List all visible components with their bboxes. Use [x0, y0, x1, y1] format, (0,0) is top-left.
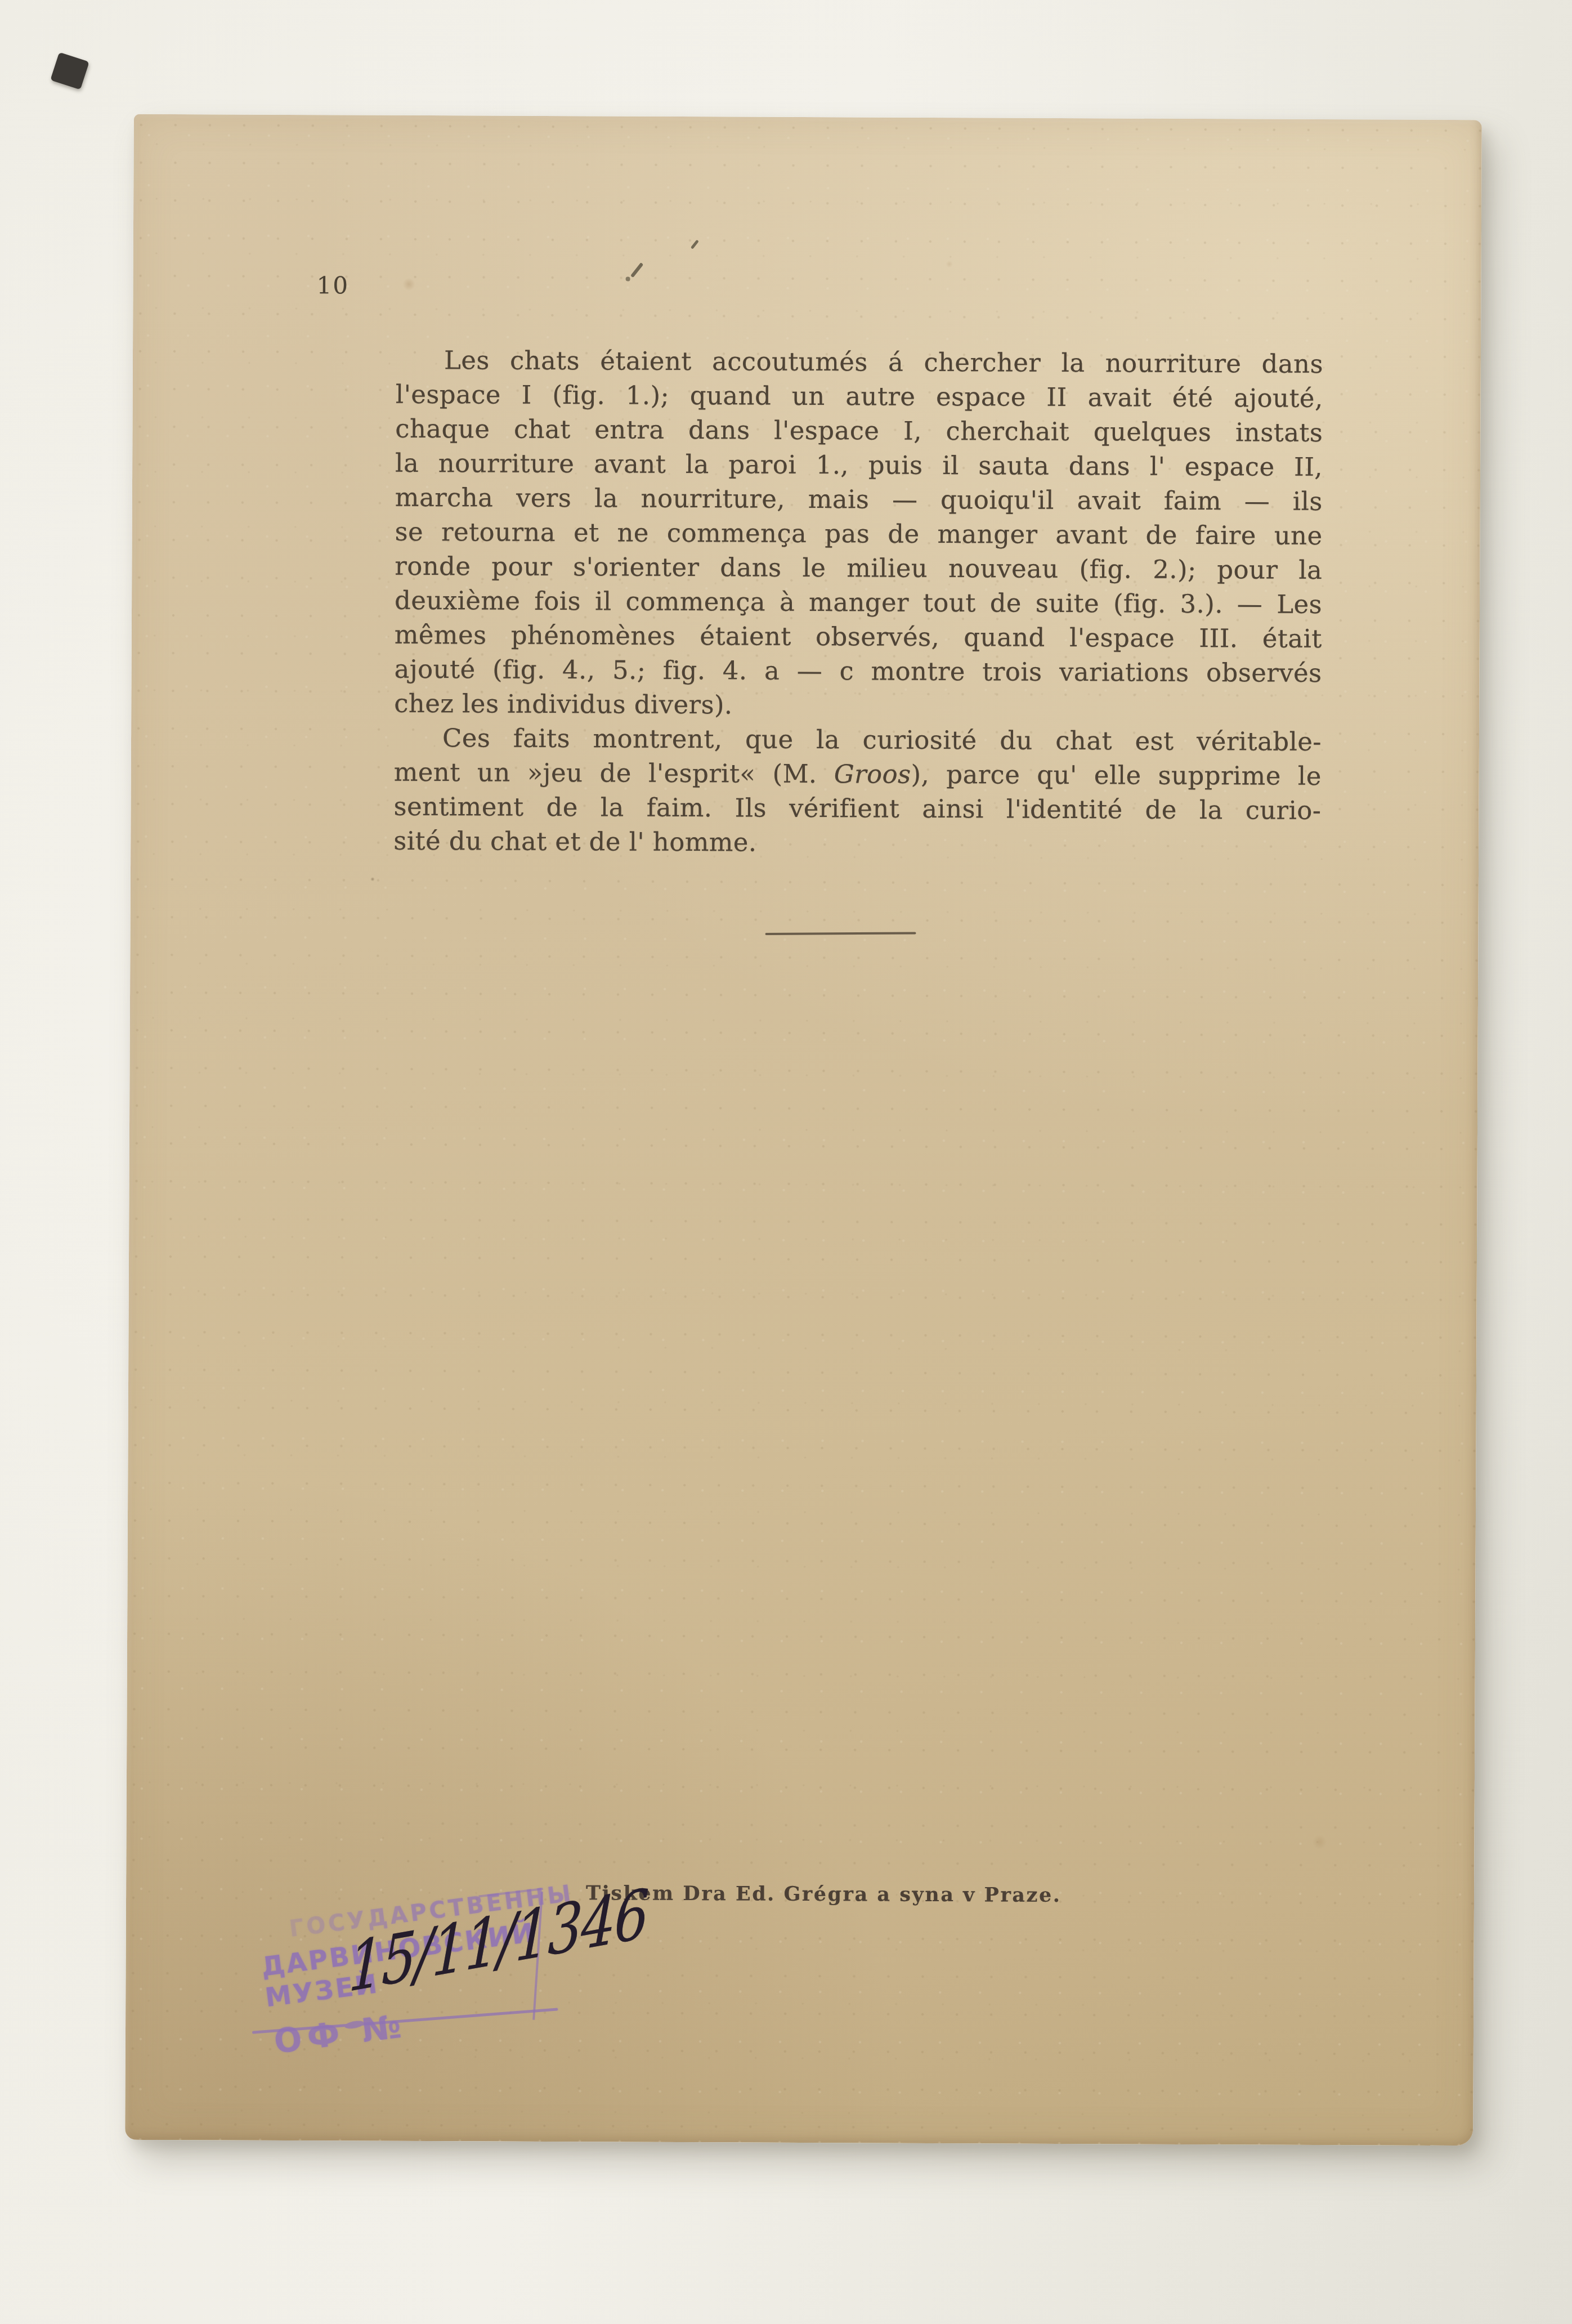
text-line: deuxième fois il commença à manger tout … [395, 583, 1322, 622]
text-line: Ces faits montrent, que la curiosité du … [394, 721, 1322, 759]
text-line: sité du chat et de l' homme. [393, 824, 1321, 862]
text-line: chaque chat entra dans l'espace I, cherc… [395, 412, 1323, 450]
paper-sheet: 10 Les chats étaient accoutumés á cherch… [125, 114, 1482, 2146]
pen-mark [691, 240, 699, 249]
printer-imprint: Tiskem Dra Ed. Grégra a syna v Praze. [586, 1881, 1062, 1907]
text-line: sentiment de la faim. Ils vérifient ains… [393, 789, 1321, 828]
photo-backdrop: 10 Les chats étaient accoutumés á cherch… [0, 0, 1572, 2324]
text-line: ment un »jeu de l'esprit« (M. Groos), pa… [394, 755, 1322, 793]
text-line: la nourriture avant la paroi 1., puis il… [395, 446, 1323, 484]
pen-mark [630, 262, 643, 278]
text-line: marcha vers la nourriture, mais — quoiqu… [395, 480, 1323, 519]
text-line: ajouté (fig. 4., 5.; fig. 4. a — c montr… [394, 652, 1322, 690]
text-line: Les chats étaient accoutumés á chercher … [396, 343, 1323, 381]
text-line: mêmes phénomènes étaient observés, quand… [395, 618, 1322, 656]
text-line: ronde pour s'orienter dans le milieu nou… [395, 549, 1322, 587]
text-block: Les chats étaient accoutumés á chercher … [393, 343, 1323, 862]
section-divider-rule [765, 932, 916, 935]
paragraph: Les chats étaient accoutumés á chercher … [394, 343, 1323, 725]
backdrop-corner-object [50, 52, 89, 90]
text-line: chez les individus divers). [394, 686, 1322, 725]
text-line: l'espace I (fig. 1.); quand un autre esp… [396, 377, 1323, 415]
ink-fleck [626, 277, 630, 281]
page-number: 10 [316, 271, 349, 299]
text-line: se retourna et ne commença pas de manger… [395, 515, 1322, 553]
paragraph: Ces faits montrent, que la curiosité du … [393, 721, 1322, 862]
